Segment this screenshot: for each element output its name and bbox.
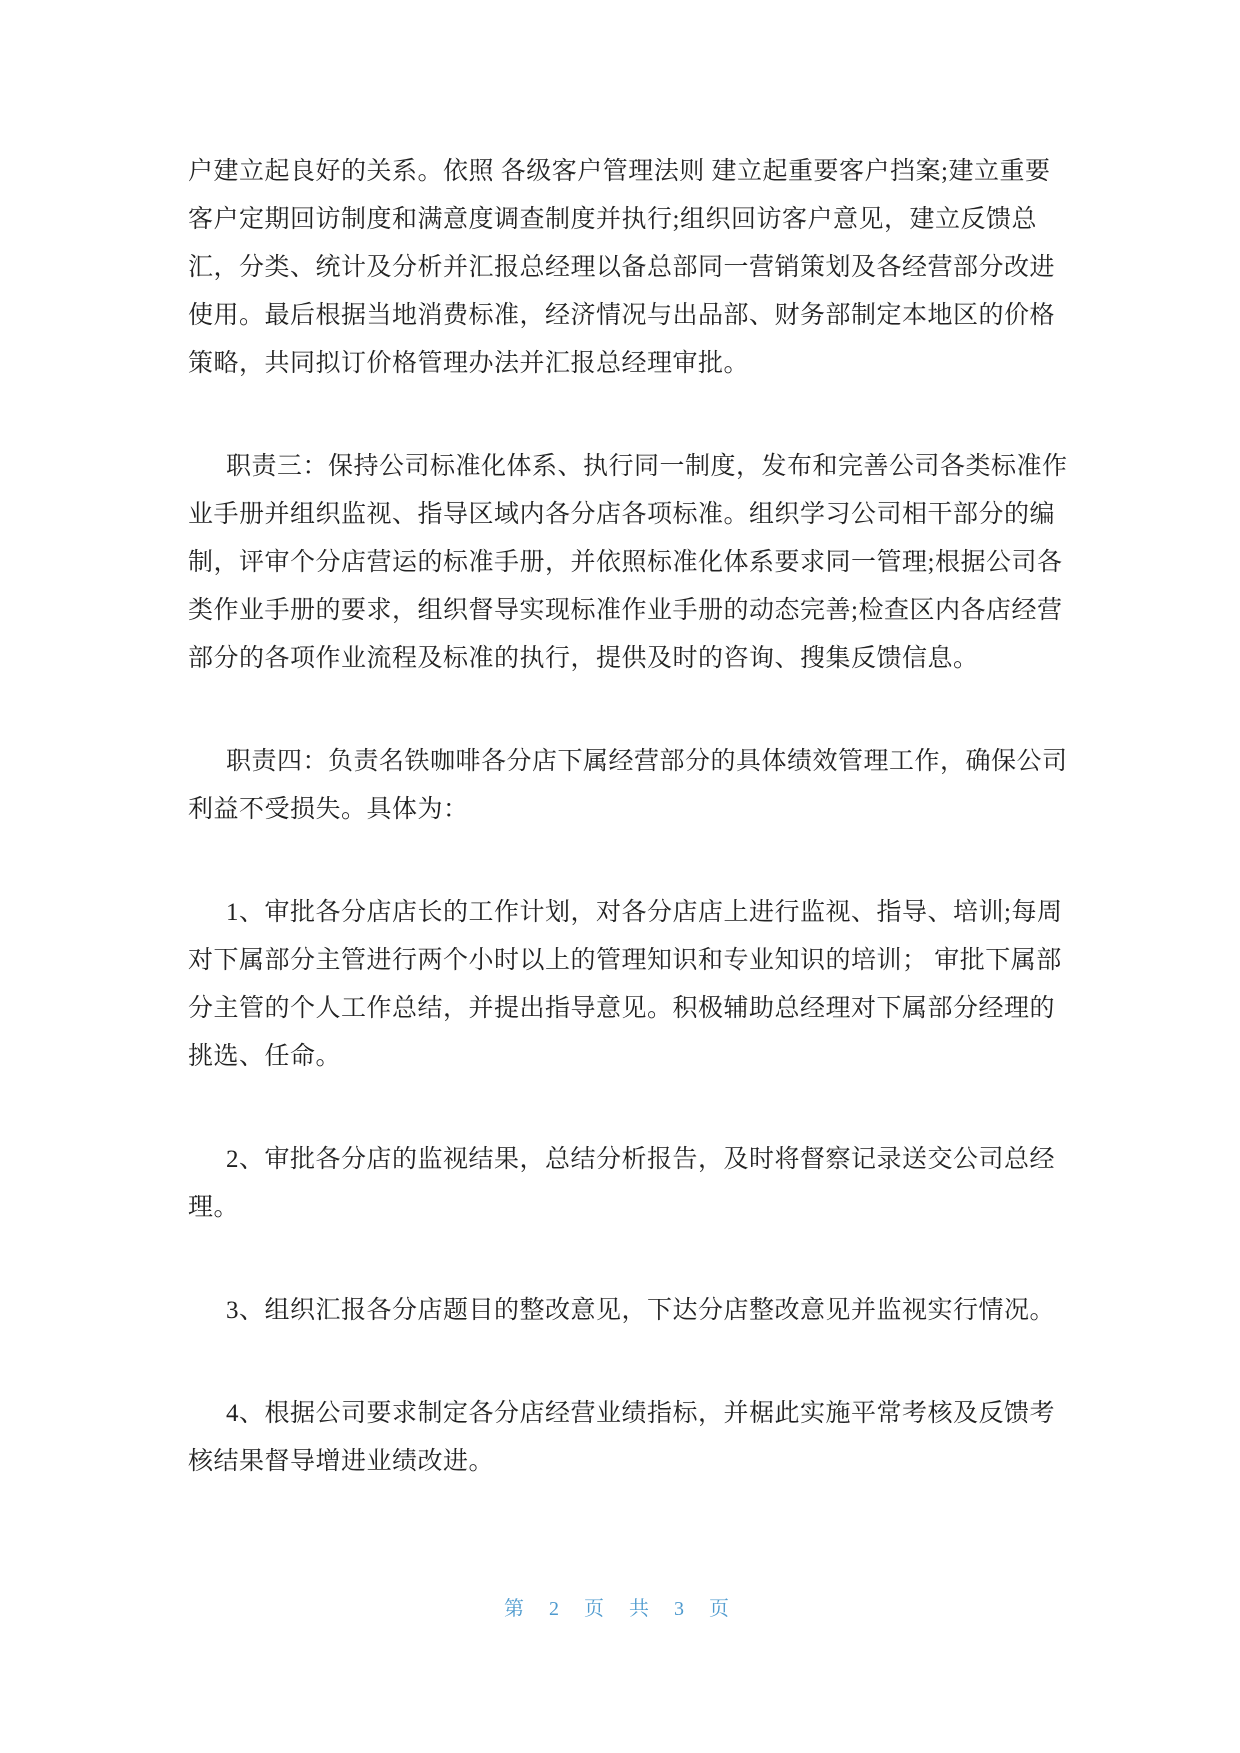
text-line: 3、组织汇报各分店题目的整改意见，下达分店整改意见并监视实行情况。 (188, 1287, 1056, 1335)
text-line: 类作业手册的要求，组织督导实现标准作业手册的动态完善;检查区内各店经营 (188, 587, 1056, 635)
text-line: 挑选、任命。 (188, 1033, 1056, 1081)
text-line: 客户定期回访制度和满意度调查制度并执行;组织回访客户意见，建立反馈总 (188, 196, 1056, 244)
text-line: 职责四：负责名铁咖啡各分店下属经营部分的具体绩效管理工作，确保公司 (188, 738, 1056, 786)
document-body: 户建立起良好的关系。依照 各级客户管理法则 建立起重要客户挡案;建立重要客户定期… (188, 148, 1056, 1541)
text-line: 制，评审个分店营运的标准手册，并依照标准化体系要求同一管理;根据公司各 (188, 539, 1056, 587)
paragraph: 职责三：保持公司标准化体系、执行同一制度，发布和完善公司各类标准作业手册并组织监… (188, 443, 1056, 683)
paragraph: 2、审批各分店的监视结果，总结分析报告，及时将督察记录送交公司总经理。 (188, 1136, 1056, 1232)
text-line: 对下属部分主管进行两个小时以上的管理知识和专业知识的培训； 审批下属部 (188, 937, 1056, 985)
text-line: 核结果督导增进业绩改进。 (188, 1438, 1056, 1486)
text-line: 部分的各项作业流程及标准的执行，提供及时的咨询、搜集反馈信息。 (188, 635, 1056, 683)
paragraph: 1、审批各分店店长的工作计划，对各分店店上进行监视、指导、培训;每周对下属部分主… (188, 889, 1056, 1081)
page-footer: 第 2 页 共 3 页 (0, 1592, 1240, 1621)
text-line: 4、根据公司要求制定各分店经营业绩指标，并椐此实施平常考核及反馈考 (188, 1390, 1056, 1438)
text-line: 分主管的个人工作总结，并提出指导意见。积极辅助总经理对下属部分经理的 (188, 985, 1056, 1033)
text-line: 策略，共同拟订价格管理办法并汇报总经理审批。 (188, 340, 1056, 388)
text-line: 汇，分类、统计及分析并汇报总经理以备总部同一营销策划及各经营部分改进 (188, 244, 1056, 292)
text-line: 业手册并组织监视、指导区域内各分店各项标准。组织学习公司相干部分的编 (188, 491, 1056, 539)
text-line: 使用。最后根据当地消费标准，经济情况与出品部、财务部制定本地区的价格 (188, 292, 1056, 340)
text-line: 1、审批各分店店长的工作计划，对各分店店上进行监视、指导、培训;每周 (188, 889, 1056, 937)
text-line: 2、审批各分店的监视结果，总结分析报告，及时将督察记录送交公司总经 (188, 1136, 1056, 1184)
document-page: 户建立起良好的关系。依照 各级客户管理法则 建立起重要客户挡案;建立重要客户定期… (0, 0, 1240, 1753)
text-line: 理。 (188, 1184, 1056, 1232)
paragraph: 3、组织汇报各分店题目的整改意见，下达分店整改意见并监视实行情况。 (188, 1287, 1056, 1335)
paragraph: 户建立起良好的关系。依照 各级客户管理法则 建立起重要客户挡案;建立重要客户定期… (188, 148, 1056, 388)
text-line: 职责三：保持公司标准化体系、执行同一制度，发布和完善公司各类标准作 (188, 443, 1056, 491)
text-line: 户建立起良好的关系。依照 各级客户管理法则 建立起重要客户挡案;建立重要 (188, 148, 1056, 196)
paragraph: 4、根据公司要求制定各分店经营业绩指标，并椐此实施平常考核及反馈考核结果督导增进… (188, 1390, 1056, 1486)
text-line: 利益不受损失。具体为： (188, 786, 1056, 834)
page-number-indicator: 第 2 页 共 3 页 (504, 1598, 736, 1620)
paragraph: 职责四：负责名铁咖啡各分店下属经营部分的具体绩效管理工作，确保公司利益不受损失。… (188, 738, 1056, 834)
